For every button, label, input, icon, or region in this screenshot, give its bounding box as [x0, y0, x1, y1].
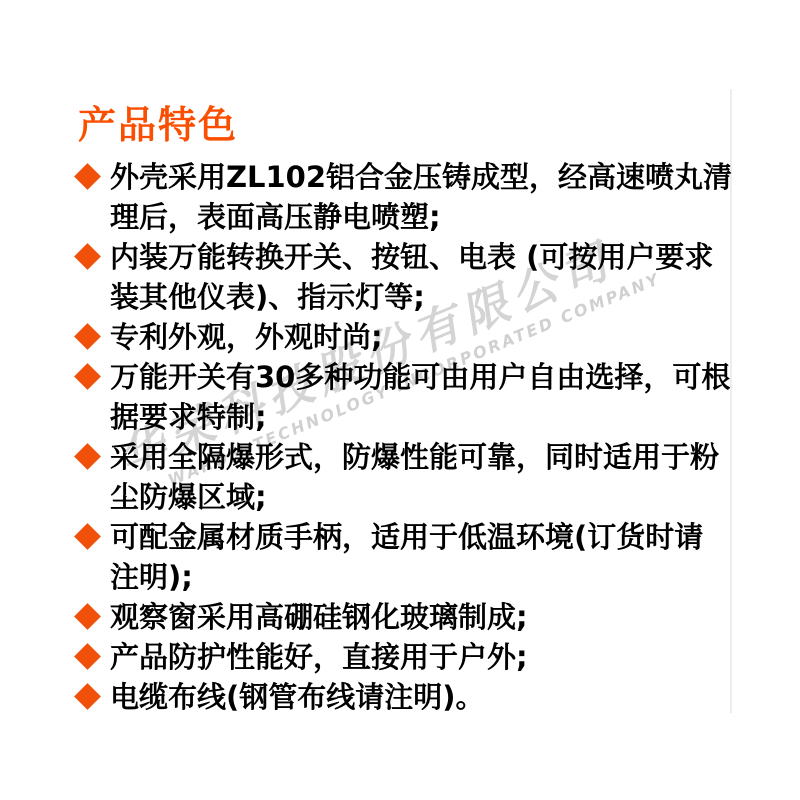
feature-item: 专利外观，外观时尚;: [76, 317, 672, 357]
bullet-diamond-icon: [74, 643, 101, 670]
feature-line: 据要求特制;: [110, 397, 672, 437]
feature-line: 专利外观，外观时尚;: [110, 317, 672, 357]
bullet-diamond-icon: [74, 363, 101, 390]
bullet-diamond-icon: [74, 243, 101, 270]
bullet-diamond-icon: [74, 163, 101, 190]
feature-line: 万能开关有30多种功能可由用户自由选择，可根: [110, 357, 672, 397]
bullet-diamond-icon: [74, 683, 101, 710]
bullet-diamond-icon: [74, 523, 101, 550]
feature-line: 注明);: [110, 557, 672, 597]
page-title: 产品特色: [78, 94, 238, 149]
feature-list: 外壳采用ZL102铝合金压铸成型，经高速喷丸清 理后，表面高压静电喷塑; 内装万…: [76, 157, 672, 717]
feature-item: 观察窗采用高硼硅钢化玻璃制成;: [76, 597, 672, 637]
bullet-diamond-icon: [74, 443, 101, 470]
feature-line: 理后，表面高压静电喷塑;: [110, 197, 672, 237]
feature-line: 可配金属材质手柄，适用于低温环境(订货时请: [110, 517, 672, 557]
feature-line: 观察窗采用高硼硅钢化玻璃制成;: [110, 597, 672, 637]
feature-item: 内装万能转换开关、按钮、电表 (可按用户要求 装其他仪表)、指示灯等;: [76, 237, 672, 317]
feature-line: 采用全隔爆形式，防爆性能可靠，同时适用于粉: [110, 437, 672, 477]
bullet-diamond-icon: [74, 603, 101, 630]
product-features-page: 华荣科技股份有限公司 WAROM TECHNOLOGY INCORPORATED…: [0, 0, 800, 800]
feature-line: 电缆布线(钢管布线请注明)。: [110, 677, 672, 717]
feature-item: 可配金属材质手柄，适用于低温环境(订货时请 注明);: [76, 517, 672, 597]
feature-line: 内装万能转换开关、按钮、电表 (可按用户要求: [110, 237, 672, 277]
feature-line: 尘防爆区域;: [110, 477, 672, 517]
feature-line: 产品防护性能好，直接用于户外;: [110, 637, 672, 677]
feature-item: 产品防护性能好，直接用于户外;: [76, 637, 672, 677]
feature-line: 装其他仪表)、指示灯等;: [110, 277, 672, 317]
feature-item: 万能开关有30多种功能可由用户自由选择，可根 据要求特制;: [76, 357, 672, 437]
feature-line: 外壳采用ZL102铝合金压铸成型，经高速喷丸清: [110, 157, 672, 197]
feature-item: 采用全隔爆形式，防爆性能可靠，同时适用于粉 尘防爆区域;: [76, 437, 672, 517]
feature-item: 外壳采用ZL102铝合金压铸成型，经高速喷丸清 理后，表面高压静电喷塑;: [76, 157, 672, 237]
bullet-diamond-icon: [74, 323, 101, 350]
feature-item: 电缆布线(钢管布线请注明)。: [76, 677, 672, 717]
